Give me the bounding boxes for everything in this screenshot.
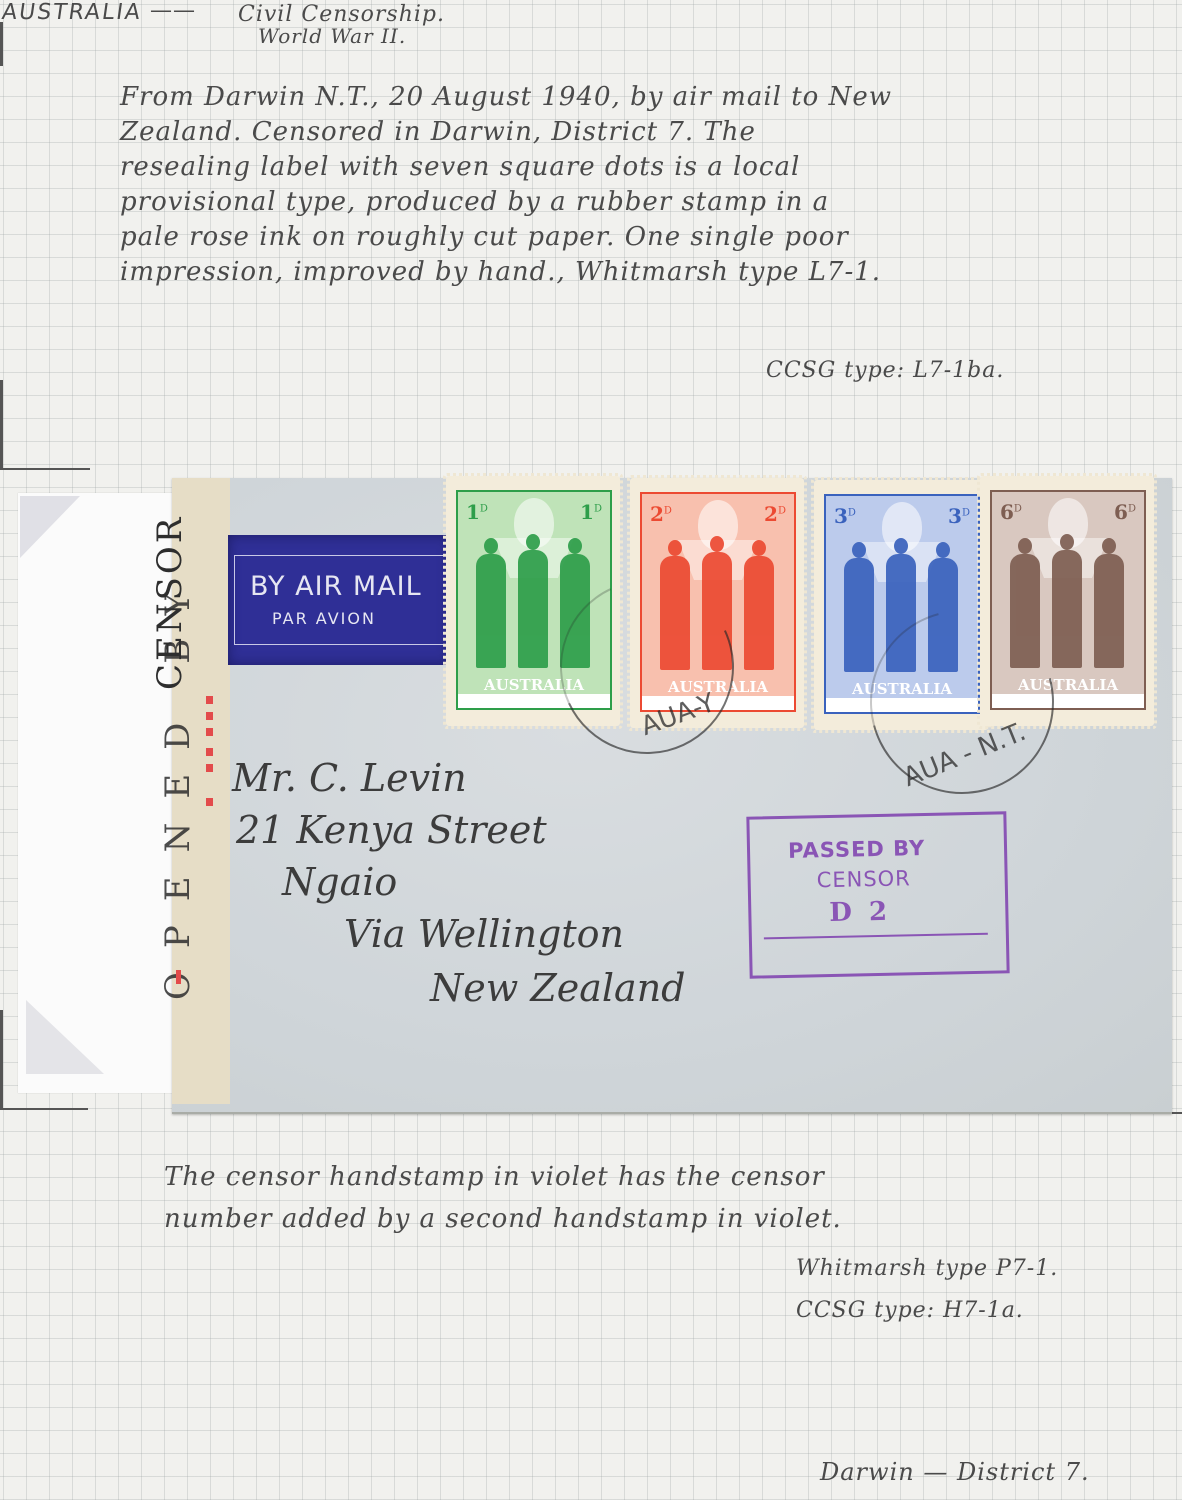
frame-line-low-left-horizontal: [0, 1108, 88, 1110]
soldier-figure: [1052, 550, 1082, 668]
censor-handstamp-line1: PASSED BY: [788, 836, 926, 863]
censor-handstamp-line2: CENSOR: [816, 866, 911, 892]
soldier-figure: [844, 558, 874, 672]
soldier-figure: [1094, 554, 1124, 668]
frame-line-low-left-vertical: [0, 1010, 3, 1110]
notes-line: number added by a second handstamp in vi…: [164, 1198, 842, 1240]
frame-line-mid-left-vertical: [0, 380, 3, 468]
address-name: Mr. C. Levin: [232, 756, 467, 800]
description-line: resealing label with seven square dots i…: [120, 150, 892, 185]
reseal-dot: [206, 748, 213, 756]
stamp-value: 1D: [466, 500, 488, 524]
district-footer: Darwin — District 7.: [820, 1458, 1090, 1486]
ccsg-type-label-bottom: CCSG type: H7-1a.: [796, 1298, 1024, 1323]
reseal-dot: [206, 728, 213, 736]
page-title-period: World War II.: [258, 24, 406, 48]
stamp-value: 3D: [948, 504, 970, 528]
description-paragraph: From Darwin N.T., 20 August 1940, by air…: [120, 80, 892, 290]
description-line: Zealand. Censored in Darwin, District 7.…: [120, 115, 892, 150]
description-line: From Darwin N.T., 20 August 1940, by air…: [120, 80, 892, 115]
soldier-figure: [476, 554, 506, 668]
reseal-dot: [206, 798, 213, 806]
description-line: provisional type, produced by a rubber s…: [120, 185, 892, 220]
frame-line-top-left-vertical: [0, 22, 3, 66]
stamp-value: 6D: [1114, 500, 1136, 524]
reseal-label-text-opened-by: OPENED BY: [158, 569, 198, 1000]
reseal-dot: [206, 764, 213, 772]
description-line: impression, improved by hand., Whitmarsh…: [120, 255, 892, 290]
airmail-label-sub: PAR AVION: [272, 609, 376, 628]
stamp-value: 2D: [764, 502, 786, 526]
page-title-country: AUSTRALIA: [0, 0, 143, 25]
notes-line: The censor handstamp in violet has the c…: [164, 1156, 842, 1198]
ccsg-type-label-top: CCSG type: L7-1ba.: [766, 358, 1004, 383]
reseal-dot: [176, 970, 181, 984]
address-suburb: Ngaio: [282, 860, 397, 904]
airmail-label: BY AIR MAIL PAR AVION: [228, 535, 450, 665]
whitmarsh-type-label: Whitmarsh type P7-1.: [796, 1256, 1058, 1281]
stamp-value: 2D: [650, 502, 672, 526]
notes-paragraph: The censor handstamp in violet has the c…: [164, 1156, 842, 1240]
censor-handstamp-rule: [764, 933, 988, 940]
address-country: New Zealand: [430, 966, 686, 1010]
stamp-value: 3D: [834, 504, 856, 528]
soldier-figure: [744, 556, 774, 670]
address-street: 21 Kenya Street: [236, 808, 547, 852]
description-line: pale rose ink on roughly cut paper. One …: [120, 220, 892, 255]
address-via: Via Wellington: [344, 912, 624, 956]
label-corner-bottom: [26, 1000, 104, 1074]
airmail-label-main: BY AIR MAIL: [250, 571, 422, 602]
stamp-value: 6D: [1000, 500, 1022, 524]
reseal-dot: [206, 712, 213, 720]
censor-handstamp: PASSED BY CENSOR D 2: [746, 811, 1009, 978]
title-dash: ——: [150, 0, 196, 23]
stamp-value: 1D: [580, 500, 602, 524]
soldier-figure: [518, 550, 548, 668]
frame-line-mid-left-horizontal: [0, 468, 90, 470]
label-corner-top: [20, 496, 80, 558]
reseal-dot: [206, 696, 213, 704]
censor-number: D 2: [829, 897, 891, 928]
